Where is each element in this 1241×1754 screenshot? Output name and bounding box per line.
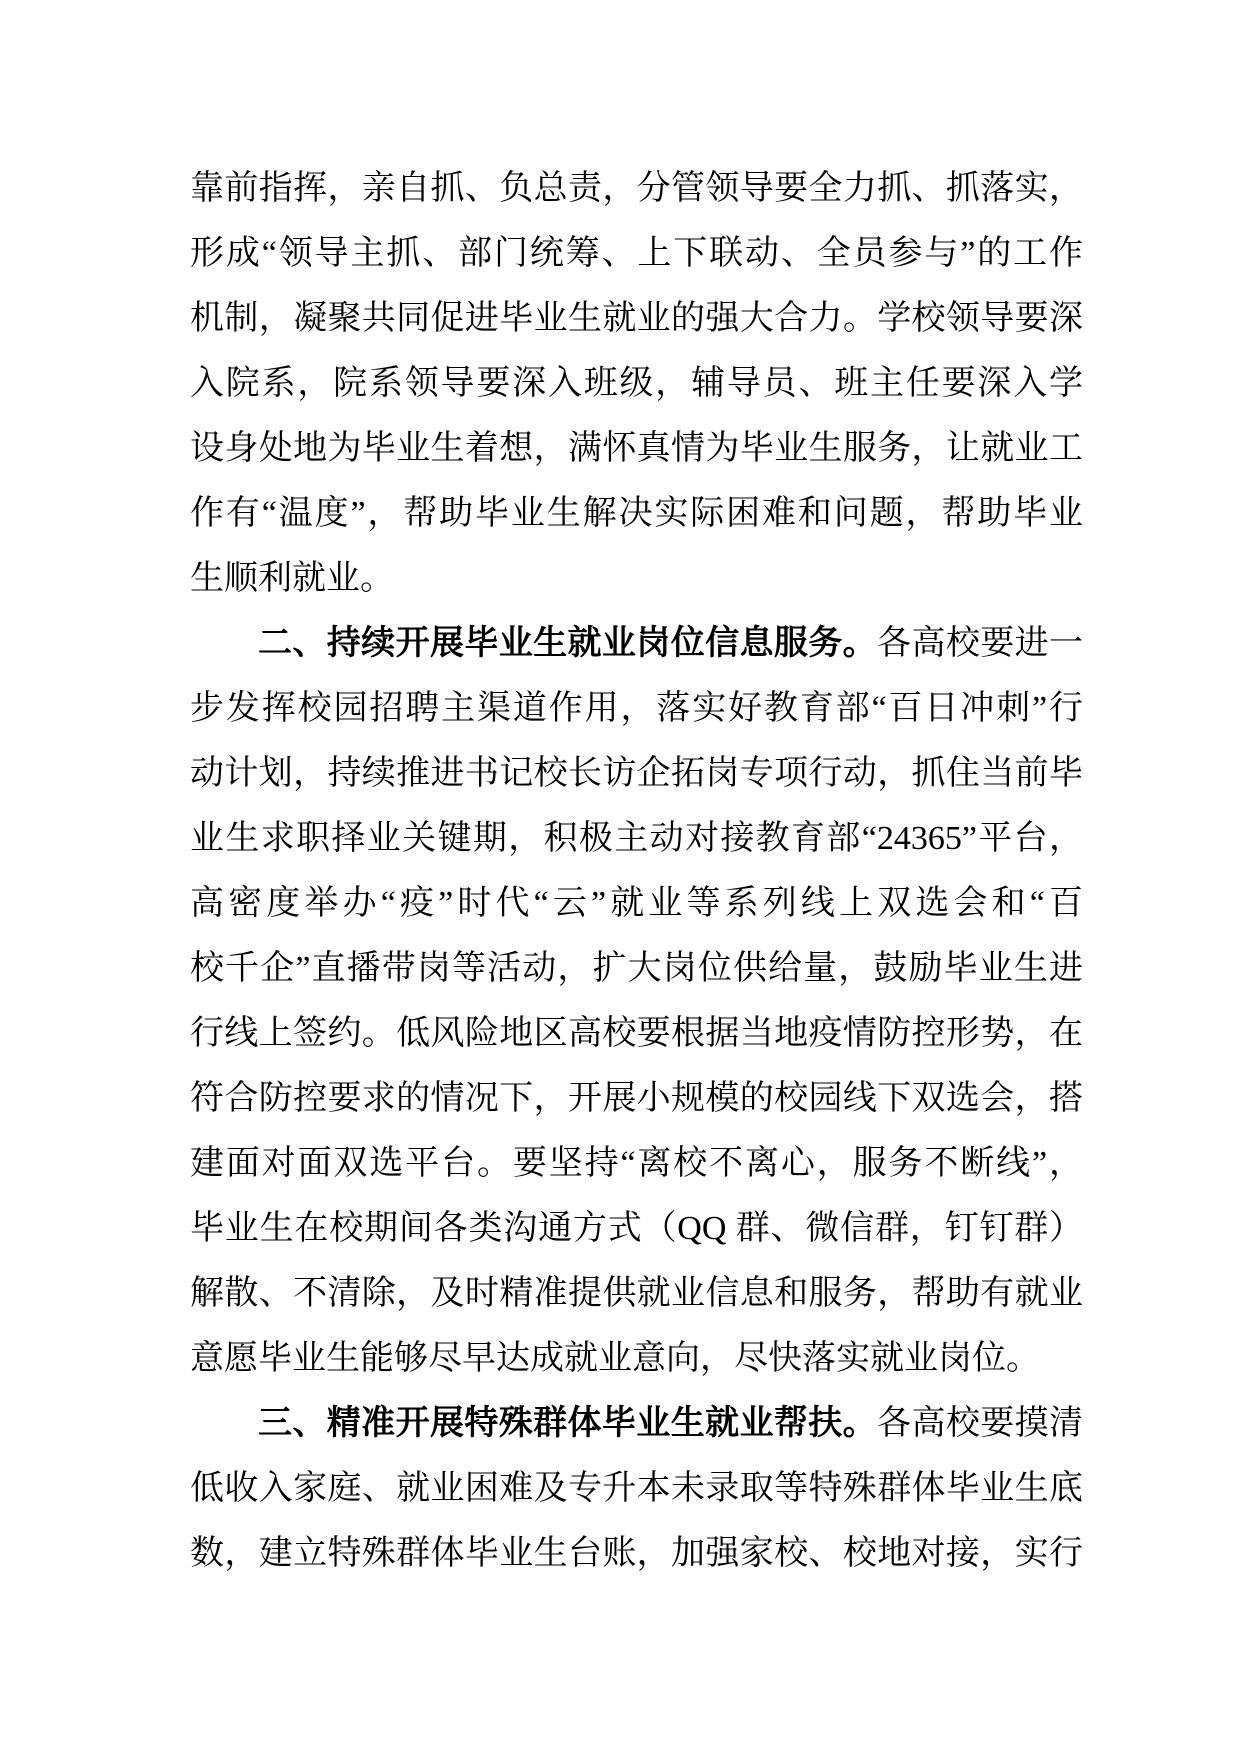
line-text: 校千企”直播带岗等活动，扩大岗位供给量，鼓励毕业生进 bbox=[190, 950, 1083, 987]
text-line-section-3: 三、精准开展特殊群体毕业生就业帮扶。各高校要摸清 bbox=[190, 1391, 1083, 1456]
line-text: 高密度举办“疫”时代“云”就业等系列线上双选会和“百 bbox=[190, 885, 1083, 922]
text-line: 形成“领导主抓、部门统筹、上下联动、全员参与”的工作 bbox=[190, 221, 1083, 286]
line-text: 符合防控要求的情况下，开展小规模的校园线下双选会，搭 bbox=[190, 1080, 1083, 1117]
line-text: 各高校要进一 bbox=[877, 625, 1083, 662]
text-line: 符合防控要求的情况下，开展小规模的校园线下双选会，搭 bbox=[190, 1066, 1083, 1131]
document-page: 靠前指挥，亲自抓、负总责，分管领导要全力抓、抓落实， 形成“领导主抓、部门统筹、… bbox=[0, 0, 1241, 1754]
text-line: 机制，凝聚共同促进毕业生就业的强大合力。学校领导要深 bbox=[190, 286, 1083, 351]
text-line: 高密度举办“疫”时代“云”就业等系列线上双选会和“百 bbox=[190, 871, 1083, 936]
line-text: 形成“领导主抓、部门统筹、上下联动、全员参与”的工作 bbox=[190, 235, 1083, 272]
line-text: 业生求职择业关键期，积极主动对接教育部“24365”平台， bbox=[190, 820, 1083, 857]
text-line: 建面对面双选平台。要坚持“离校不离心，服务不断线”， bbox=[190, 1131, 1083, 1196]
document-text-block: 靠前指挥，亲自抓、负总责，分管领导要全力抓、抓落实， 形成“领导主抓、部门统筹、… bbox=[190, 156, 1083, 1586]
text-line: 入院系，院系领导要深入班级，辅导员、班主任要深入学生， bbox=[190, 351, 1083, 416]
line-text: 设身处地为毕业生着想，满怀真情为毕业生服务，让就业工 bbox=[190, 430, 1083, 467]
line-text: 入院系，院系领导要深入班级，辅导员、班主任要深入学生， bbox=[190, 365, 1083, 416]
text-line: 数，建立特殊群体毕业生台账，加强家校、校地对接，实行 bbox=[190, 1521, 1083, 1586]
text-line: 步发挥校园招聘主渠道作用，落实好教育部“百日冲刺”行 bbox=[190, 676, 1083, 741]
line-text: 靠前指挥，亲自抓、负总责，分管领导要全力抓、抓落实， bbox=[190, 170, 1083, 207]
line-text: 行线上签约。低风险地区高校要根据当地疫情防控形势，在 bbox=[190, 1015, 1083, 1052]
text-line: 解散、不清除，及时精准提供就业信息和服务，帮助有就业 bbox=[190, 1261, 1083, 1326]
line-text: 步发挥校园招聘主渠道作用，落实好教育部“百日冲刺”行 bbox=[190, 690, 1083, 727]
section-2-heading: 二、持续开展毕业生就业岗位信息服务。 bbox=[258, 624, 877, 662]
line-text: 解散、不清除，及时精准提供就业信息和服务，帮助有就业 bbox=[190, 1275, 1083, 1312]
line-text: 动计划，持续推进书记校长访企拓岗专项行动，抓住当前毕 bbox=[190, 755, 1083, 792]
line-text: 低收入家庭、就业困难及专升本未录取等特殊群体毕业生底 bbox=[190, 1470, 1083, 1507]
text-line: 设身处地为毕业生着想，满怀真情为毕业生服务，让就业工 bbox=[190, 416, 1083, 481]
text-line: 生顺利就业。 bbox=[190, 546, 1083, 611]
line-text: 意愿毕业生能够尽早达成就业意向，尽快落实就业岗位。 bbox=[190, 1340, 1040, 1377]
text-line: 动计划，持续推进书记校长访企拓岗专项行动，抓住当前毕 bbox=[190, 741, 1083, 806]
line-text: 毕业生在校期间各类沟通方式（QQ 群、微信群，钉钉群）不 bbox=[190, 1210, 1083, 1261]
text-line: 作有“温度”，帮助毕业生解决实际困难和问题，帮助毕业 bbox=[190, 481, 1083, 546]
text-line: 行线上签约。低风险地区高校要根据当地疫情防控形势，在 bbox=[190, 1001, 1083, 1066]
text-line: 校千企”直播带岗等活动，扩大岗位供给量，鼓励毕业生进 bbox=[190, 936, 1083, 1001]
text-line-section-2: 二、持续开展毕业生就业岗位信息服务。各高校要进一 bbox=[190, 611, 1083, 676]
text-line: 低收入家庭、就业困难及专升本未录取等特殊群体毕业生底 bbox=[190, 1456, 1083, 1521]
text-line: 意愿毕业生能够尽早达成就业意向，尽快落实就业岗位。 bbox=[190, 1326, 1083, 1391]
text-line: 业生求职择业关键期，积极主动对接教育部“24365”平台， bbox=[190, 806, 1083, 871]
line-text: 机制，凝聚共同促进毕业生就业的强大合力。学校领导要深 bbox=[190, 300, 1083, 337]
text-line: 毕业生在校期间各类沟通方式（QQ 群、微信群，钉钉群）不 bbox=[190, 1196, 1083, 1261]
section-3-heading: 三、精准开展特殊群体毕业生就业帮扶。 bbox=[258, 1404, 877, 1442]
line-text: 生顺利就业。 bbox=[190, 560, 394, 597]
line-text: 各高校要摸清 bbox=[877, 1405, 1083, 1442]
line-text: 数，建立特殊群体毕业生台账，加强家校、校地对接，实行 bbox=[190, 1535, 1083, 1572]
line-text: 建面对面双选平台。要坚持“离校不离心，服务不断线”， bbox=[190, 1145, 1083, 1182]
line-text: 作有“温度”，帮助毕业生解决实际困难和问题，帮助毕业 bbox=[190, 495, 1083, 532]
text-line: 靠前指挥，亲自抓、负总责，分管领导要全力抓、抓落实， bbox=[190, 156, 1083, 221]
